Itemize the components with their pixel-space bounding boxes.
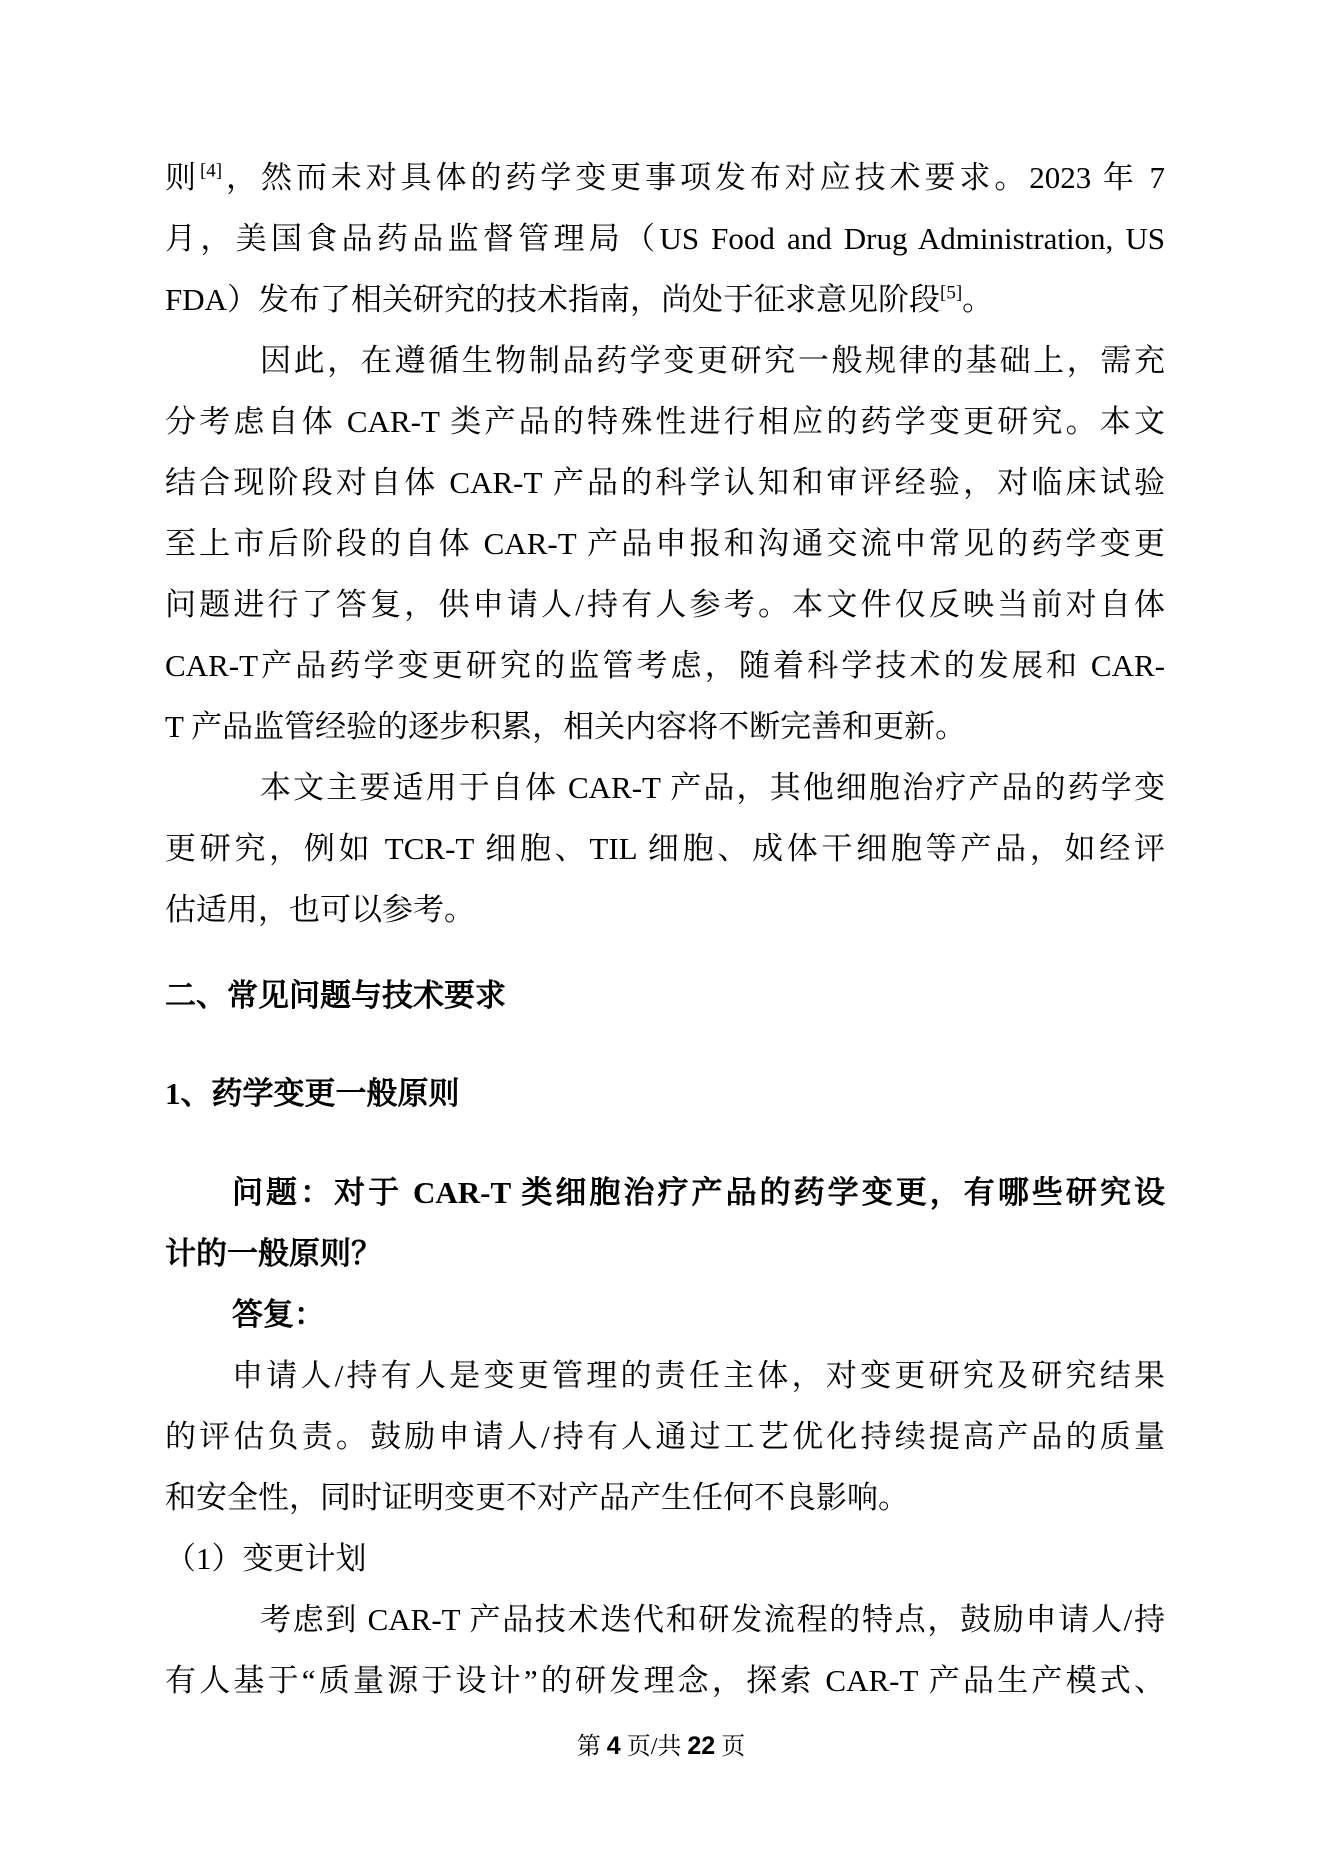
paragraph-line: 估适用，也可以参考。	[165, 879, 1165, 940]
paragraph-line: 分考虑自体 CAR-T 类产品的特殊性进行相应的药学变更研究。本文	[165, 391, 1165, 452]
document-body: 则[4]，然而未对具体的药学变更事项发布对应技术要求。2023 年 7 月，美国…	[165, 147, 1165, 1711]
paragraph-line: 结合现阶段对自体 CAR-T 产品的科学认知和审评经验，对临床试验	[165, 452, 1165, 513]
paragraph-line: 考虑到 CAR-T 产品技术迭代和研发流程的特点，鼓励申请人/持	[165, 1589, 1165, 1650]
paragraph-line: 申请人/持有人是变更管理的责任主体，对变更研究及研究结果	[165, 1345, 1165, 1406]
section-heading: 二、常见问题与技术要求	[165, 965, 1165, 1026]
paragraph-line: 和安全性，同时证明变更不对产品产生任何不良影响。	[165, 1467, 1165, 1528]
footer-text: 第	[577, 1734, 607, 1760]
footnote-ref-4: [4]	[200, 161, 222, 182]
line-text: FDA）发布了相关研究的技术指南，尚处于征求意见阶段	[165, 282, 940, 317]
footnote-ref-5: [5]	[940, 283, 962, 304]
paragraph-line: 更研究，例如 TCR-T 细胞、TIL 细胞、成体干细胞等产品，如经评	[165, 818, 1165, 879]
answer-label: 答复：	[165, 1284, 1165, 1345]
list-item-change-plan: （1）变更计划	[165, 1528, 1165, 1589]
paragraph-line: CAR-T产品药学变更研究的监管考虑，随着科学技术的发展和 CAR-	[165, 635, 1165, 696]
footer-text: 页	[715, 1734, 745, 1760]
line-text: 。	[962, 282, 993, 317]
paragraph-line: 至上市后阶段的自体 CAR-T 产品申报和沟通交流中常见的药学变更	[165, 513, 1165, 574]
footer-text: 页/共	[621, 1734, 688, 1760]
question-line-1: 问题：对于 CAR-T 类细胞治疗产品的药学变更，有哪些研究设	[165, 1162, 1165, 1223]
line-text: 则	[165, 160, 200, 195]
paragraph-line: 因此，在遵循生物制品药学变更研究一般规律的基础上，需充	[165, 330, 1165, 391]
paragraph-line: 有人基于“质量源于设计”的研发理念，探索 CAR-T 产品生产模式、	[165, 1650, 1165, 1711]
paragraph-line: T 产品监管经验的逐步积累，相关内容将不断完善和更新。	[165, 696, 1165, 757]
footer-page-number: 4	[607, 1732, 621, 1760]
line-text: ，然而未对具体的药学变更事项发布对应技术要求。2023 年 7	[222, 160, 1165, 195]
subsection-heading: 1、药学变更一般原则	[165, 1063, 1165, 1124]
paragraph-line: 月，美国食品药品监督管理局（US Food and Drug Administr…	[165, 208, 1165, 269]
paragraph-line: 本文主要适用于自体 CAR-T 产品，其他细胞治疗产品的药学变	[165, 757, 1165, 818]
question-line-2: 计的一般原则？	[165, 1223, 1165, 1284]
paragraph-line: 问题进行了答复，供申请人/持有人参考。本文件仅反映当前对自体	[165, 574, 1165, 635]
paragraph-line: FDA）发布了相关研究的技术指南，尚处于征求意见阶段[5]。	[165, 269, 1165, 330]
footer-total-pages: 22	[687, 1732, 715, 1760]
paragraph-line: 的评估负责。鼓励申请人/持有人通过工艺优化持续提高产品的质量	[165, 1406, 1165, 1467]
paragraph-line: 则[4]，然而未对具体的药学变更事项发布对应技术要求。2023 年 7	[165, 147, 1165, 208]
page-footer: 第 4 页/共 22 页	[0, 1728, 1322, 1765]
document-page: 则[4]，然而未对具体的药学变更事项发布对应技术要求。2023 年 7 月，美国…	[0, 0, 1322, 1871]
